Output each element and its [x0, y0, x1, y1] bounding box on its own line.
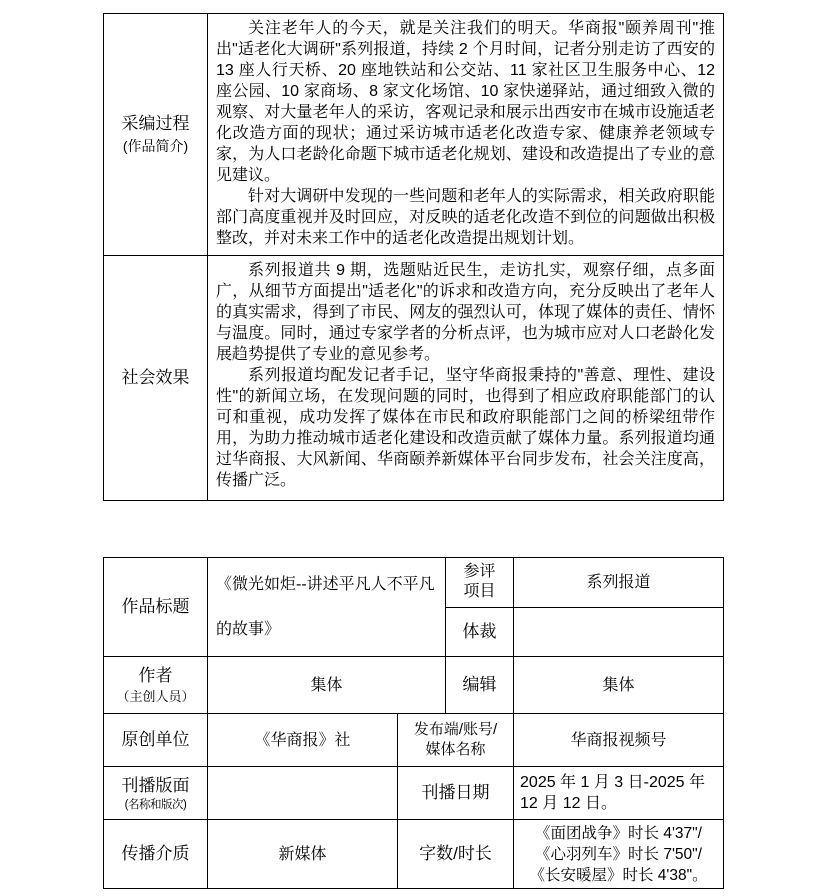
editor-value-cell: 集体 [514, 657, 724, 714]
layout-label-line2: (名称和版次) [106, 798, 205, 813]
row-author-editor: 作者 （主创人员） 集体 编辑 集体 [104, 657, 724, 714]
title-value-cell: 《微光如炬--讲述平凡人不平凡的故事》 [208, 558, 446, 657]
row-unit-platform: 原创单位 《华商报》社 发布端/账号/ 媒体名称 华商报视频号 [104, 714, 724, 767]
effect-label: 社会效果 [106, 366, 205, 390]
process-content-cell: 关注老年人的今天，就是关注我们的明天。华商报"颐养周刊"推出"适老化大调研"系列… [208, 14, 724, 256]
date-value-cell: 2025 年 1 月 3 日-2025 年 12 月 12 日。 [514, 767, 724, 820]
process-label-cell: 采编过程 (作品简介) [104, 14, 208, 256]
platform-label-cell: 发布端/账号/ 媒体名称 [398, 714, 514, 767]
process-paragraph-2: 针对大调研中发现的一些问题和老年人的实际需求，相关政府职能部门高度重视并及时回应… [216, 186, 715, 249]
length-value-cell: 《面团战争》时长 4'37"/ 《心羽列车》时长 7'50"/ 《长安暖屋》时长… [514, 820, 724, 889]
document-page: 采编过程 (作品简介) 关注老年人的今天，就是关注我们的明天。华商报"颐养周刊"… [0, 0, 827, 896]
intro-row-process: 采编过程 (作品简介) 关注老年人的今天，就是关注我们的明天。华商报"颐养周刊"… [104, 14, 724, 256]
length-value-line3: 《长安暖屋》时长 4'38"。 [519, 865, 718, 886]
length-label-cell: 字数/时长 [398, 820, 514, 889]
author-label-line1: 作者 [106, 664, 205, 688]
length-value-line2: 《心羽列车》时长 7'50"/ [519, 844, 718, 865]
layout-label-line1: 刊播版面 [106, 774, 205, 798]
info-table: 作品标题 《微光如炬--讲述平凡人不平凡的故事》 参评 项目 系列报道 体裁 作… [103, 557, 724, 889]
genre-value-cell [514, 607, 724, 657]
layout-value-cell [208, 767, 398, 820]
row-layout-date: 刊播版面 (名称和版次) 刊播日期 2025 年 1 月 3 日-2025 年 … [104, 767, 724, 820]
platform-value-cell: 华商报视频号 [514, 714, 724, 767]
entry-category-label-cell: 参评 项目 [446, 558, 514, 608]
author-value-cell: 集体 [208, 657, 446, 714]
process-paragraph-1: 关注老年人的今天，就是关注我们的明天。华商报"颐养周刊"推出"适老化大调研"系列… [216, 18, 715, 186]
layout-label-cell: 刊播版面 (名称和版次) [104, 767, 208, 820]
platform-label-line2: 媒体名称 [399, 740, 512, 760]
author-label-line2: （主创人员） [106, 688, 205, 706]
intro-table: 采编过程 (作品简介) 关注老年人的今天，就是关注我们的明天。华商报"颐养周刊"… [103, 13, 724, 501]
title-label: 作品标题 [106, 595, 205, 619]
author-label-cell: 作者 （主创人员） [104, 657, 208, 714]
effect-paragraph-2: 系列报道均配发记者手记，坚守华商报秉持的"善意、理性、建设性"的新闻立场，在发现… [216, 365, 715, 491]
title-label-cell: 作品标题 [104, 558, 208, 657]
editor-label-cell: 编辑 [446, 657, 514, 714]
length-value-line1: 《面团战争》时长 4'37"/ [519, 823, 718, 844]
date-label-cell: 刊播日期 [398, 767, 514, 820]
process-label-line1: 采编过程 [106, 112, 205, 136]
medium-label-cell: 传播介质 [104, 820, 208, 889]
entry-category-label-line1: 参评 [448, 562, 511, 582]
effect-paragraph-1: 系列报道共 9 期，选题贴近民生，走访扎实，观察仔细，点多面广，从细节方面提出"… [216, 260, 715, 365]
intro-row-effect: 社会效果 系列报道共 9 期，选题贴近民生，走访扎实，观察仔细，点多面广，从细节… [104, 256, 724, 501]
entry-category-label-line2: 项目 [448, 582, 511, 602]
process-label-line2: (作品简介) [106, 136, 205, 157]
unit-label-cell: 原创单位 [104, 714, 208, 767]
effect-content-cell: 系列报道共 9 期，选题贴近民生，走访扎实，观察仔细，点多面广，从细节方面提出"… [208, 256, 724, 501]
genre-label-cell: 体裁 [446, 607, 514, 657]
row-title-entry: 作品标题 《微光如炬--讲述平凡人不平凡的故事》 参评 项目 系列报道 [104, 558, 724, 608]
effect-label-cell: 社会效果 [104, 256, 208, 501]
row-medium-length: 传播介质 新媒体 字数/时长 《面团战争》时长 4'37"/ 《心羽列车》时长 … [104, 820, 724, 889]
unit-value-cell: 《华商报》社 [208, 714, 398, 767]
medium-value-cell: 新媒体 [208, 820, 398, 889]
entry-category-value-cell: 系列报道 [514, 558, 724, 608]
platform-label-line1: 发布端/账号/ [399, 720, 512, 740]
